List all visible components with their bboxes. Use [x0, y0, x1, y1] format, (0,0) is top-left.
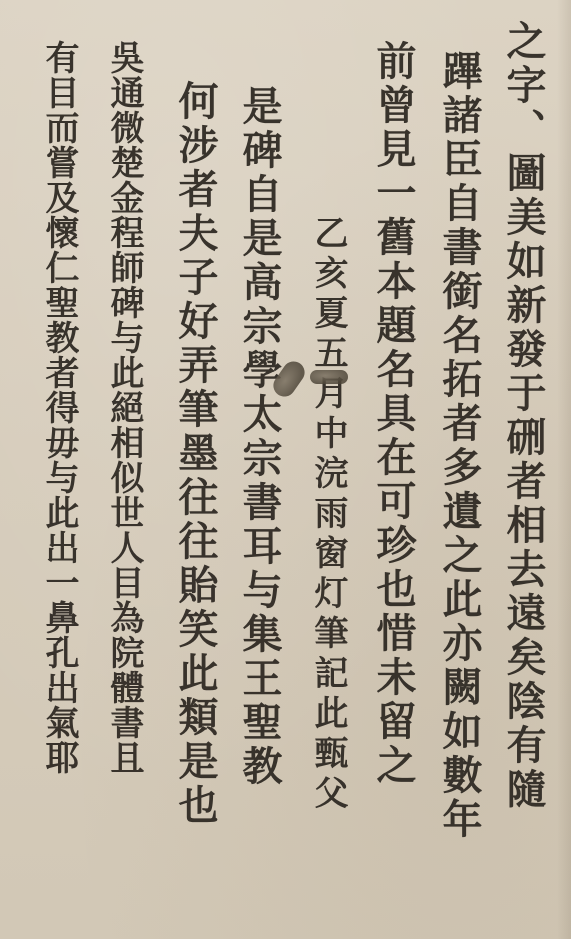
calligraphy-page: 之字、圖美如新發于硎者相去遠矣陰有隨 蹕諸臣自書銜名拓者多遺之此亦闕如數年 前曾…: [0, 0, 571, 939]
text-column-4-dated-note: 乙亥夏五月中浣雨窗灯筆記此甄父: [311, 215, 345, 815]
text-column-3: 前曾見一舊本題名具在可珍也惜未留之: [373, 40, 413, 788]
text-column-8: 有目而嘗及懷仁聖教者得毋与此出一鼻孔出氣耶: [42, 40, 76, 775]
text-column-7: 吳通微楚金程師碑与此絕相似世人目為院體書且: [107, 40, 141, 775]
text-column-5: 是碑自是高宗學太宗書耳与集王聖教: [239, 85, 279, 789]
text-column-2: 蹕諸臣自書銜名拓者多遺之此亦闕如數年: [439, 50, 479, 842]
text-column-1: 之字、圖美如新發于硎者相去遠矣陰有隨: [503, 20, 543, 812]
ink-stain-right: [310, 370, 348, 384]
text-column-6: 何涉者夫子好弄筆墨往往貽笑此類是也: [175, 80, 215, 828]
